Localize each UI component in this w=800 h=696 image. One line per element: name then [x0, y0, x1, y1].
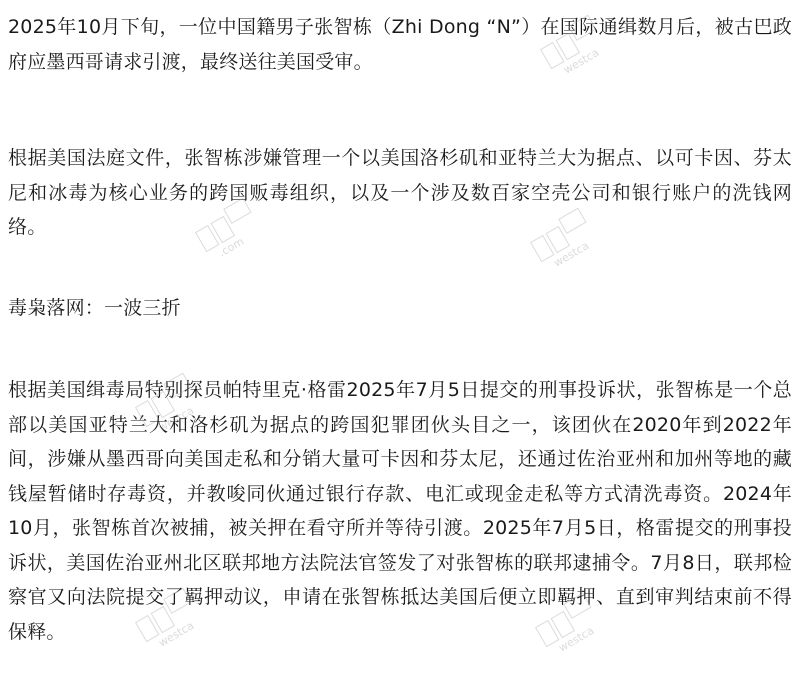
paragraph-intro: 2025年10月下旬，一位中国籍男子张智栋（Zhi Dong “N”）在国际通缉… — [8, 10, 792, 79]
paragraph-complaint-details: 根据美国缉毒局特别探员帕特里克·格雷2025年7月5日提交的刑事投诉状，张智栋是… — [8, 373, 792, 649]
paragraph-court-documents: 根据美国法庭文件，张智栋涉嫌管理一个以美国洛杉矶和亚特兰大为据点、以可卡因、芬太… — [8, 141, 792, 245]
section-heading: 毒枭落网：一波三折 — [8, 291, 792, 326]
